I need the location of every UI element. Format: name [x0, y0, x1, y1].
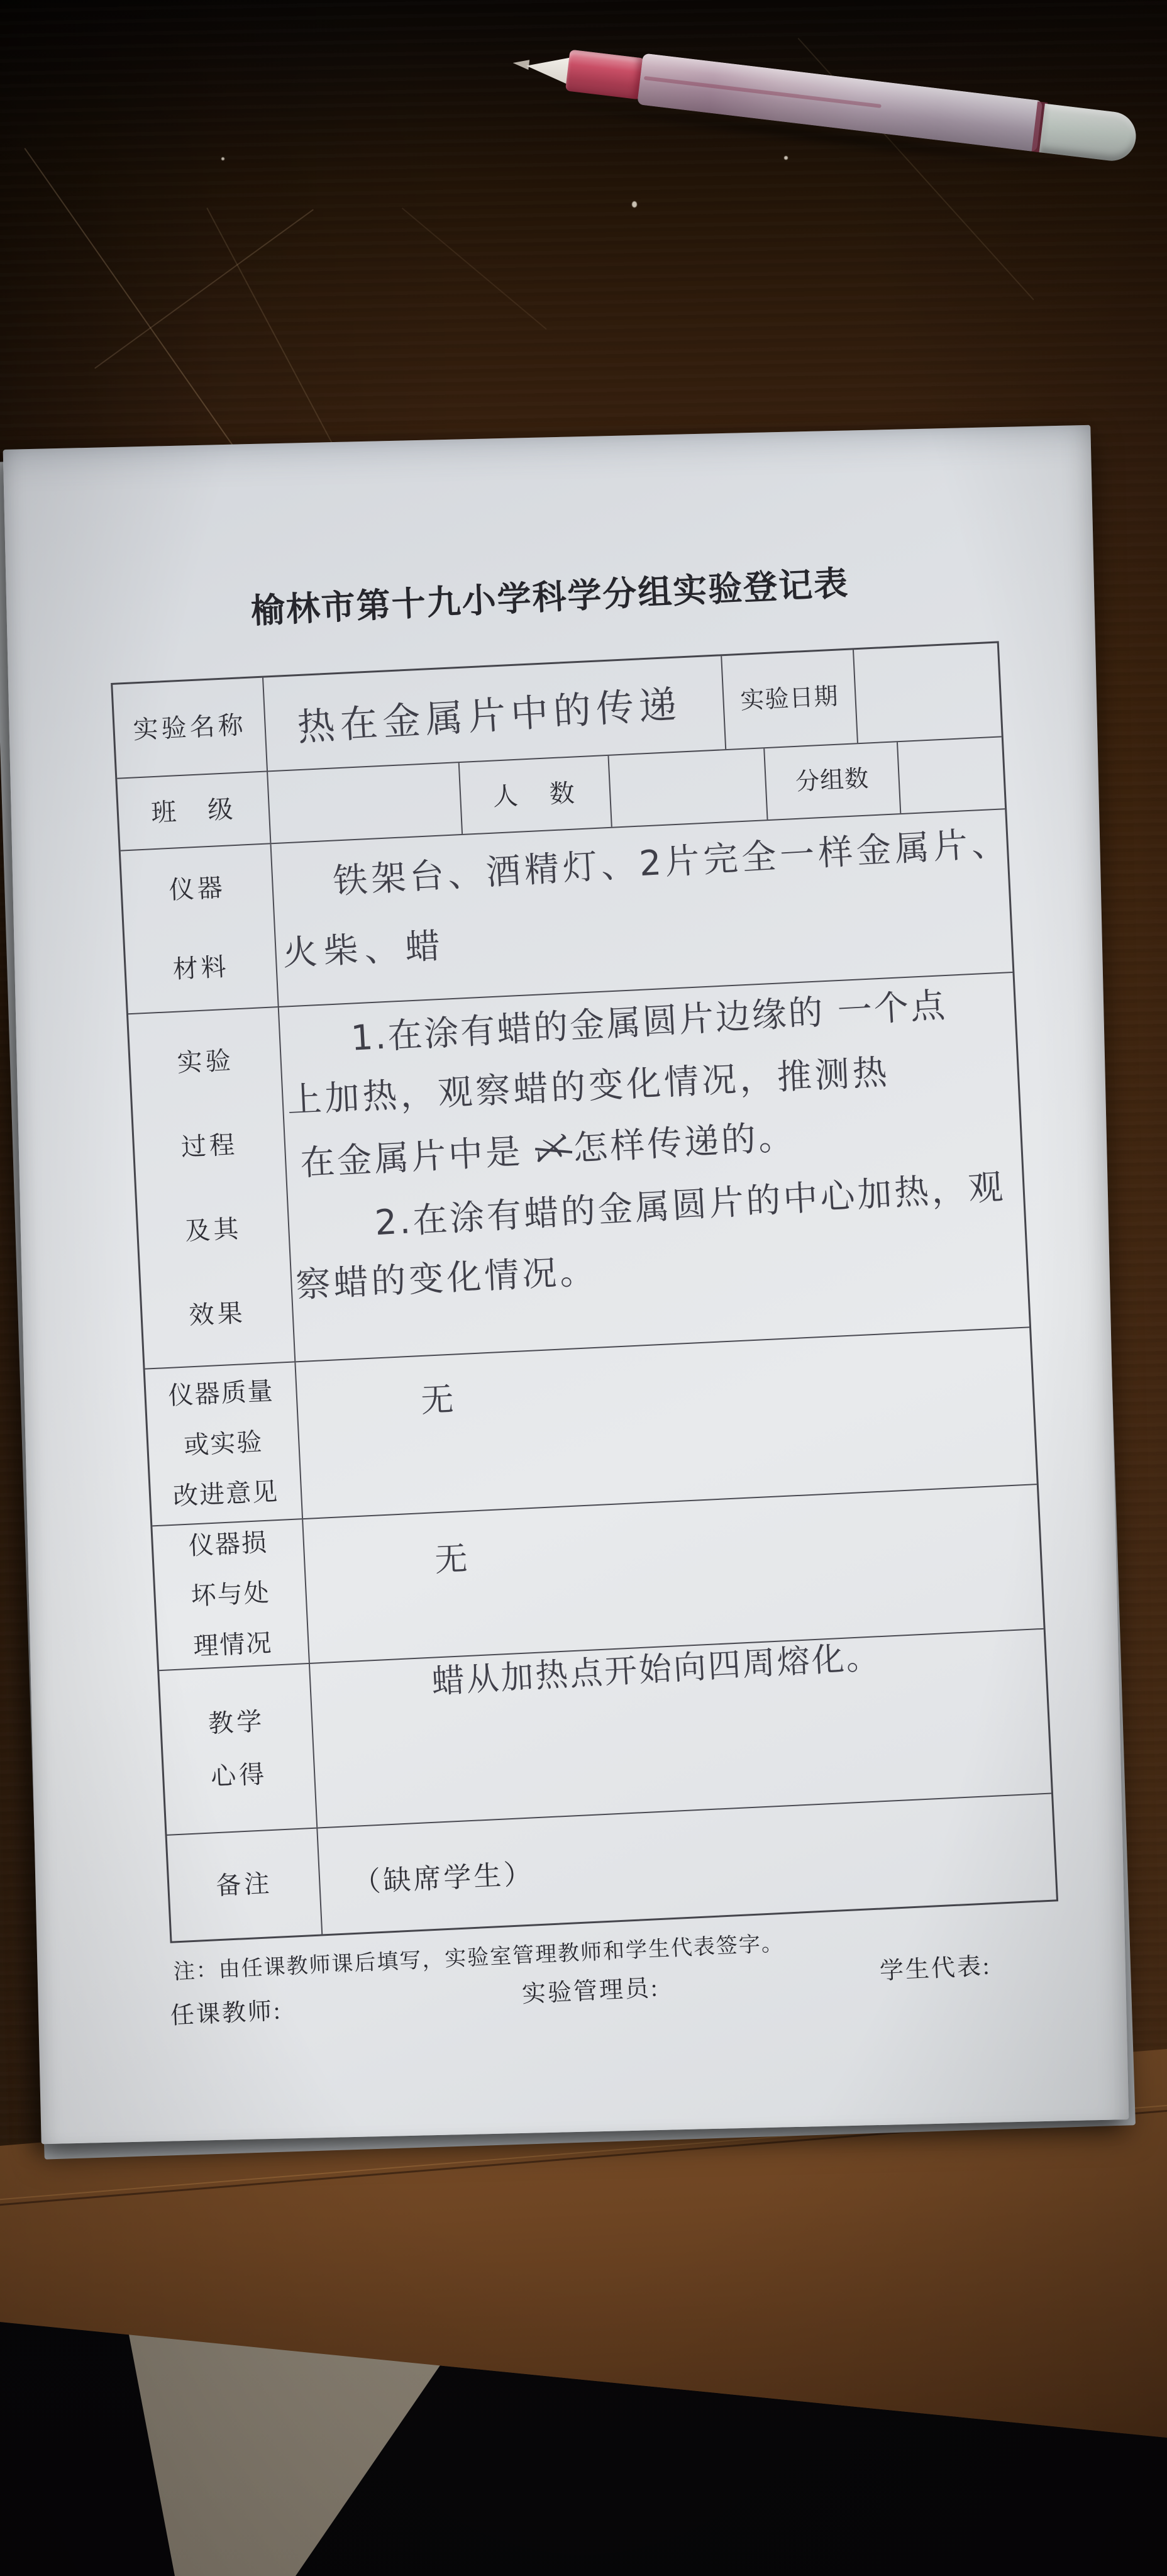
teaching-label-line: 教学: [207, 1707, 265, 1738]
class-label: 班 级: [150, 794, 236, 827]
class-value-cell: [268, 763, 463, 843]
experiment-date-cell: [854, 643, 1002, 743]
remarks-value: （缺席学生）: [352, 1851, 535, 1899]
experiment-form-paper: 榆林市第十九小学科学分组实验登记表 实验名称 热在金属片中的传递 实验日期 班 …: [3, 425, 1129, 2145]
process-label-line: 及其: [184, 1214, 242, 1246]
process-value-cell: 1.在涂有蜡的金属圆片边缘的 一个点 上加热，观察蜡的变化情况，推测热 在金属片…: [279, 973, 1029, 1361]
dust-speck: [221, 157, 224, 160]
photo-scene: 榆林市第十九小学科学分组实验登记表 实验名称 热在金属片中的传递 实验日期 班 …: [0, 0, 1167, 2576]
teaching-label-line: 心得: [210, 1760, 268, 1791]
form-title: 榆林市第十九小学科学分组实验登记表: [106, 550, 993, 640]
form-content: 榆林市第十九小学科学分组实验登记表 实验名称 热在金属片中的传递 实验日期 班 …: [0, 413, 1149, 2157]
form-table: 实验名称 热在金属片中的传递 实验日期 班 级 人 数: [111, 641, 1058, 1943]
student-rep-signature-label: 学生代表:: [879, 1946, 992, 1985]
process-label-line: 过程: [180, 1130, 238, 1162]
pen-metal-point: [512, 58, 530, 70]
count-value-cell: [609, 748, 768, 827]
remarks-label: 备注: [215, 1869, 273, 1901]
dust-speck: [784, 156, 788, 160]
damage-label-line: 理情况: [192, 1629, 273, 1662]
dust-speck: [632, 201, 637, 208]
instruments-label-line: 材料: [172, 953, 230, 984]
quality-label-line: 或实验: [183, 1428, 263, 1460]
damage-label-line: 坏与处: [191, 1579, 271, 1611]
process-line3-start: 在金属片中是: [299, 1130, 537, 1183]
quality-label-line: 仪器质量: [168, 1377, 275, 1411]
instruments-value-cell: 铁架台、酒精灯、2片完全一样金属片、 火柴、蜡: [272, 809, 1013, 1006]
instruments-value-line2: 火柴、蜡: [282, 918, 447, 975]
crossed-out-character: 乄: [534, 1120, 575, 1173]
group-value-cell: [898, 737, 1005, 813]
instruments-label-line: 仪器: [169, 874, 226, 905]
process-line3-end: 怎样传递的。: [572, 1116, 797, 1169]
process-label-line: 效果: [189, 1299, 246, 1330]
quality-label-line: 改进意见: [172, 1477, 279, 1511]
experiment-name-label: 实验名称: [133, 711, 247, 745]
group-label: 分组数: [795, 765, 870, 796]
count-label: 人 数: [492, 779, 578, 811]
teacher-signature-label: 任课教师:: [170, 1991, 283, 2031]
pen-white-tip: [525, 52, 572, 85]
table-row-process: 实验 过程 及其 效果 1.在涂有蜡的金属圆片边缘的 一个点 上加热，观察蜡的变…: [128, 973, 1029, 1370]
experiment-name-value: 热在金属片中的传递: [296, 674, 683, 752]
process-line5: 察蜡的变化情况。: [294, 1243, 598, 1307]
process-label-line: 实验: [177, 1046, 235, 1077]
teaching-value-cell: 蜡从加热点开始向四周熔化。: [310, 1629, 1051, 1828]
damage-value: 无: [433, 1532, 468, 1580]
experiment-date-label: 实验日期: [740, 684, 839, 716]
quality-value: 无: [419, 1373, 454, 1421]
damage-label-line: 仪器损: [188, 1528, 268, 1561]
pen-clear-end-cap: [1039, 104, 1139, 164]
lab-manager-signature-label: 实验管理员:: [521, 1968, 660, 2009]
pen-red-grip: [565, 50, 645, 100]
process-line3: 在金属片中是 乄怎样传递的。: [299, 1109, 797, 1185]
